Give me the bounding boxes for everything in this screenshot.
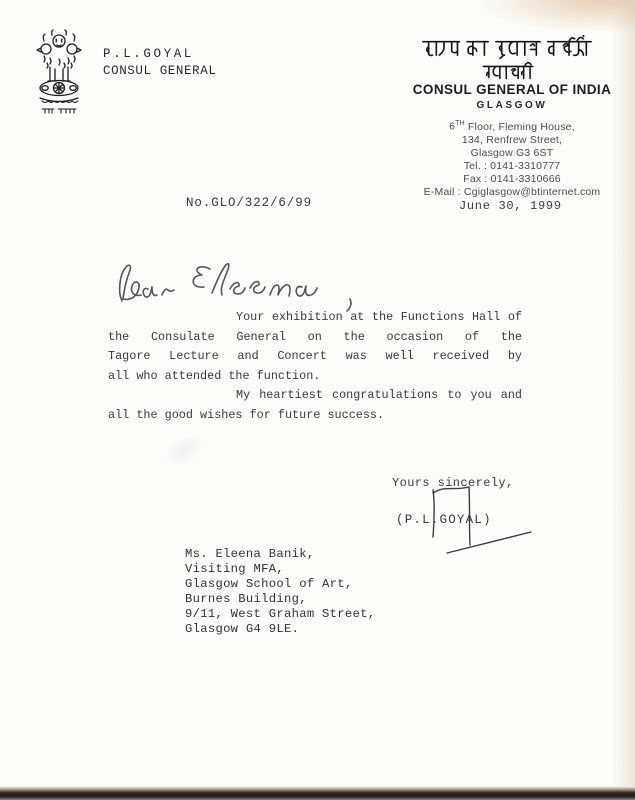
letterhead-address: 6THFloor, Fleming House, 134, Renfrew St… [394,117,630,199]
body-line: all the good wishes for future success. [108,406,522,426]
letterhead-hindi-city [481,60,537,84]
address-line-email: E-Mail : Cgiglasgow@btinternet.com [394,186,630,199]
address-line-street: 134, Renfrew Street, [394,134,630,147]
letterhead-city: GLASGOW [394,100,630,111]
recipient-line: Glasgow G4 9LE. [185,622,375,637]
recipient-line: 9/11, West Graham Street, [185,607,375,622]
letter-body: Your exhibition at the Functions Hall of… [108,308,522,425]
ordinal-suffix: TH [455,120,465,127]
recipient-line: Ms. Eleena Banik, [185,547,375,562]
letterhead-hindi-title [422,34,592,60]
sender-title: CONSUL GENERAL [103,63,216,80]
body-line: My heartiest congratulations to you and [108,386,522,406]
recipient-address: Ms. Eleena Banik, Visiting MFA, Glasgow … [185,547,375,637]
sender-name: P.L.GOYAL [103,46,216,63]
scan-smudge [158,429,209,474]
address-line-postcode: Glasgow G3 6ST [394,147,630,160]
address-line-floor: 6THFloor, Fleming House, [394,117,630,134]
scanned-letter-page: P.L.GOYAL CONSUL GENERAL CONSUL GENERAL … [0,0,635,800]
reference-number: No.GLO/322/6/99 [186,196,312,210]
signer-name: (P.L.GOYAL) [396,513,492,527]
recipient-line: Visiting MFA, [185,562,375,577]
recipient-line: Glasgow School of Art, [185,577,375,592]
body-line: the Consulate General on the occasion of… [108,328,522,348]
letterhead-org-name: CONSUL GENERAL OF INDIA [394,82,630,97]
address-line-tel: Tel. : 0141-3310777 [394,160,630,173]
closing-phrase: Yours sincerely, [392,476,514,490]
recipient-line: Burnes Building, [185,592,375,607]
scan-edge-bottom [0,786,635,800]
letter-date: June 30, 1999 [459,199,562,213]
address-line-fax: Fax : 0141-3310666 [394,173,630,186]
emblem-of-india-icon [36,29,82,117]
body-line: all who attended the function. [108,367,522,387]
body-line: Your exhibition at the Functions Hall of [108,308,522,328]
body-line: Tagore Lecture and Concert was well rece… [108,347,522,367]
handwritten-salutation [110,258,360,312]
sender-block: P.L.GOYAL CONSUL GENERAL [103,46,216,80]
